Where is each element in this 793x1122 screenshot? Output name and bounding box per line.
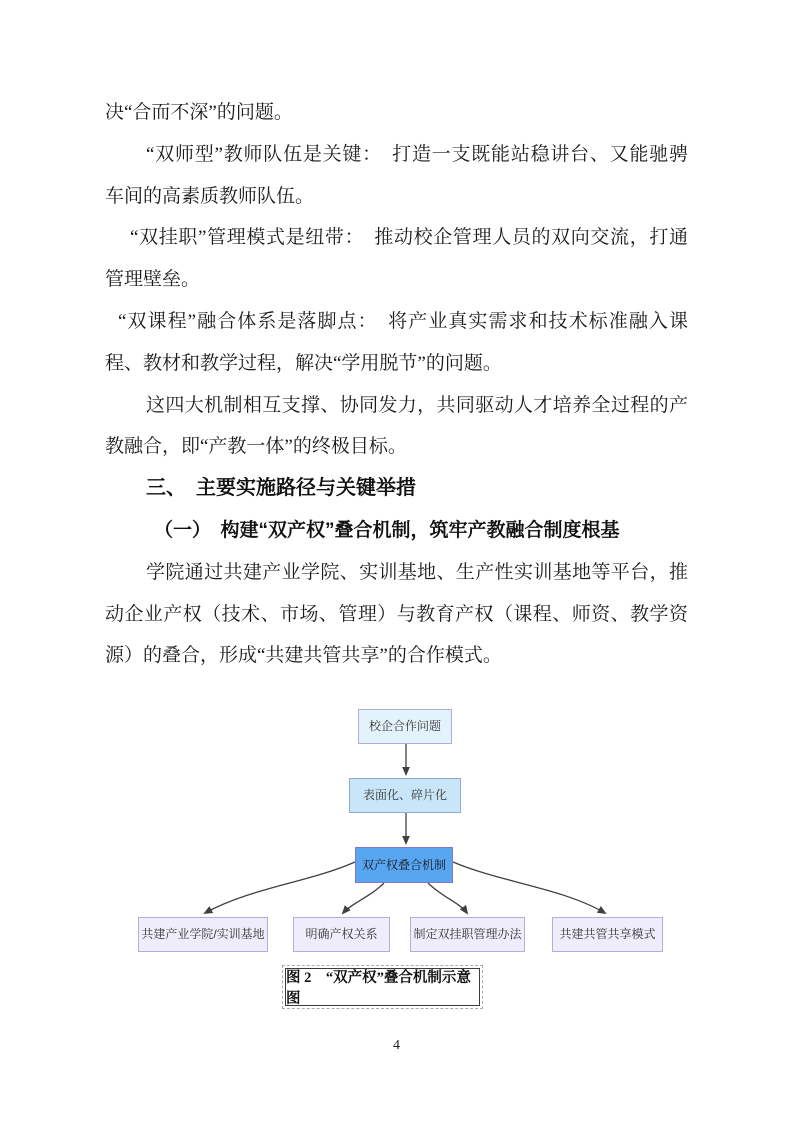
flowchart-node-symptom: 表面化、碎片化 [349,778,461,813]
text-line: 源）的叠合，形成“共建共管共享”的合作模式。 [105,635,688,677]
flowchart-node-action-1: 共建产业学院/实训基地 [138,917,268,952]
text-line: 动企业产权（技术、市场、管理）与教育产权（课程、师资、教学资 [105,594,688,636]
page-number: 4 [0,1038,793,1054]
text-line: “双挂职”管理模式是纽带： 推动校企管理人员的双向交流，打通 [105,217,688,259]
text-line: 这四大机制相互支撑、协同发力，共同驱动人才培养全过程的产 [105,385,688,427]
text-line: “双课程”融合体系是落脚点： 将产业真实需求和技术标准融入课 [105,301,688,343]
flowchart-node-problem: 校企合作问题 [358,709,452,744]
text-line: 学院通过共建产业学院、实训基地、生产性实训基地等平台，推 [105,552,688,594]
flowchart-arrows [100,700,700,1010]
text-line: “双师型”教师队伍是关键： 打造一支既能站稳讲台、又能驰骋 [105,134,688,176]
text-line: 程、教材和教学过程，解决“学用脱节”的问题。 [105,343,688,385]
body-text: 决“合而不深”的问题。 “双师型”教师队伍是关键： 打造一支既能站稳讲台、又能驰… [105,92,688,677]
subsection-heading: （一） 构建“双产权”叠合机制，筑牢产教融合制度根基 [105,510,688,552]
section-heading: 三、 主要实施路径与关键举措 [105,468,688,510]
text-line: 教融合，即“产教一体”的终极目标。 [105,426,688,468]
flowchart-node-action-4: 共建共管共享模式 [552,917,663,952]
flowchart-node-action-2: 明确产权关系 [293,917,390,952]
text-line: 车间的高素质教师队伍。 [105,176,688,218]
text-line: 决“合而不深”的问题。 [105,92,688,134]
figure-caption: 图 2 “双产权”叠合机制示意图 [285,968,480,1006]
text-line: 管理壁垒。 [105,259,688,301]
document-page: 决“合而不深”的问题。 “双师型”教师队伍是关键： 打造一支既能站稳讲台、又能驰… [0,0,793,1122]
flowchart-node-action-3: 制定双挂职管理办法 [410,917,525,952]
flowchart-node-mechanism: 双产权叠合机制 [355,847,453,883]
